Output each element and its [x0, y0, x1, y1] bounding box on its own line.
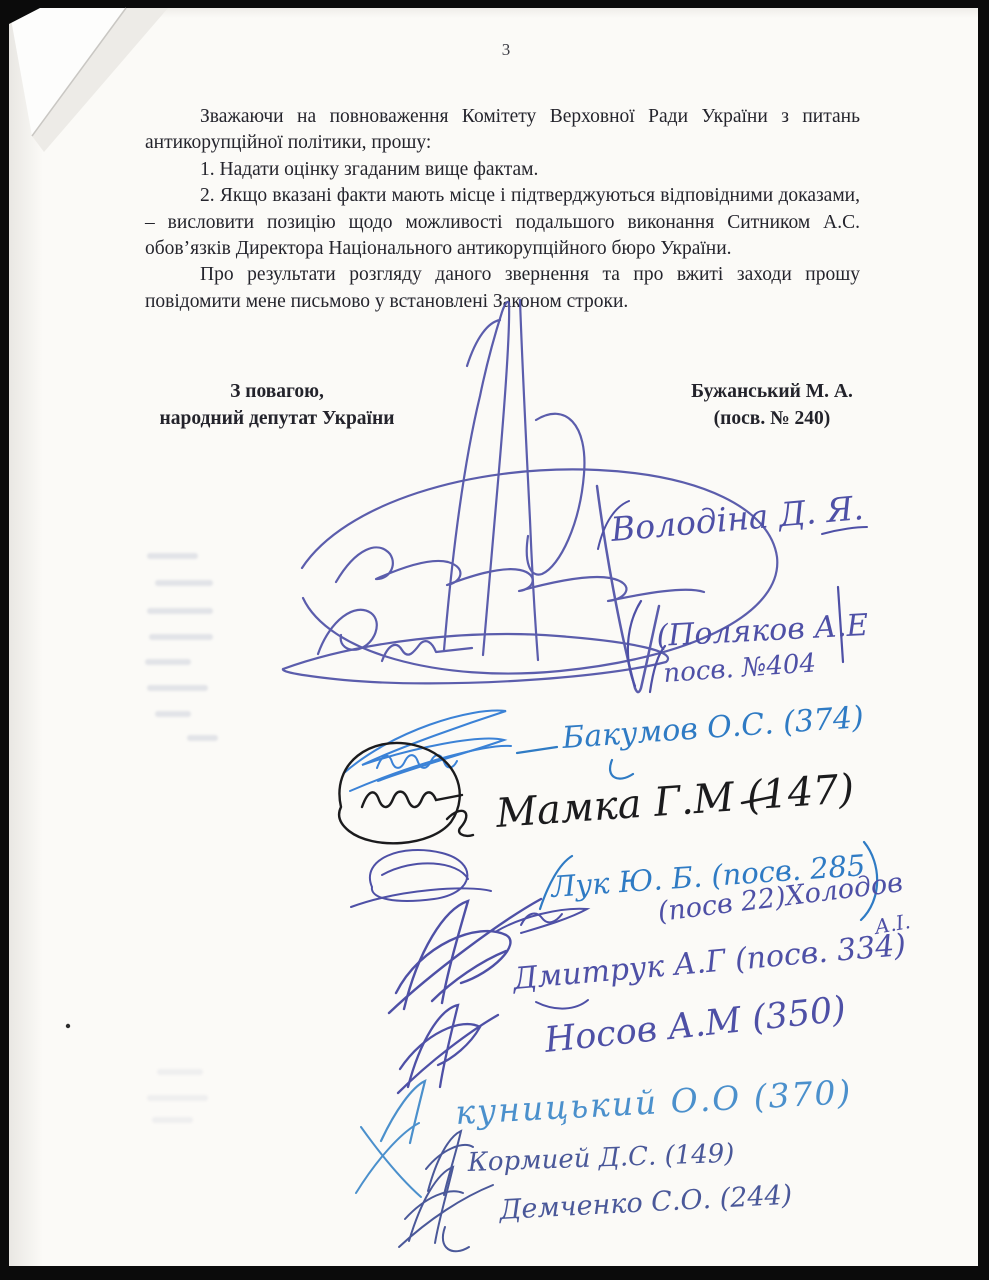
- ink-dot: [66, 1024, 70, 1028]
- signature-volodina: Володіна Д. Я.: [598, 488, 867, 549]
- ink-stroke: [370, 850, 467, 901]
- ink-stroke: [520, 300, 538, 660]
- ink-stroke: [521, 914, 562, 925]
- signature-bakumov: Бакумов О.С. (374): [517, 700, 865, 779]
- bleedthrough-marks: [148, 556, 215, 1120]
- signature-mamka: Мамка Г.М (147): [493, 766, 855, 837]
- signature-ink-overlay: Володіна Д. Я. (Поляков А.Е посв. №404 Б…: [0, 0, 989, 1280]
- ink-stroke: [400, 1024, 480, 1069]
- signature-label-kunytskyi: куницький О.О (370): [454, 1072, 853, 1132]
- signature-label-bakumov: Бакумов О.С. (374): [560, 700, 865, 756]
- ink-stroke: [362, 792, 462, 807]
- ink-stroke: [517, 747, 557, 753]
- ink-stroke: [536, 1000, 588, 1009]
- ink-stroke: [339, 743, 460, 843]
- signature-label-demchenko: Демченко С.О. (244): [498, 1180, 793, 1226]
- corner-fold: [9, 8, 168, 152]
- ink-stroke: [467, 320, 500, 366]
- signature-demchenko: Демченко С.О. (244): [399, 1167, 793, 1251]
- signature-label-mamka: Мамка Г.М (147): [493, 766, 855, 837]
- signature-kunytskyi: куницький О.О (370): [381, 1072, 853, 1143]
- ink-stroke: [350, 746, 511, 791]
- signature-label-kormiei: Кормией Д.С. (149): [466, 1139, 735, 1178]
- signature-polyakov: (Поляков А.Е посв. №404: [628, 587, 869, 692]
- ink-stroke: [497, 909, 587, 933]
- signature-label-polyakov: (Поляков А.Е: [656, 608, 870, 654]
- ink-stroke: [527, 414, 585, 575]
- scanner-border: 3 Зважаючи на повноваження Комітету Верх…: [0, 0, 989, 1280]
- scan-frame: { "page": { "number": "3" }, "letter": {…: [0, 0, 989, 1280]
- ink-stroke: [382, 641, 472, 661]
- ink-stroke: [426, 1145, 473, 1169]
- signature-dmytruk: Дмитрук А.Г (посв. 334): [510, 928, 908, 1009]
- ink-stroke: [344, 711, 506, 781]
- signature-label-volodina: Володіна Д. Я.: [608, 488, 865, 549]
- signature-label-dmytruk: Дмитрук А.Г (посв. 334): [510, 928, 908, 997]
- ink-stroke: [610, 760, 633, 779]
- scribble-blue-oval: [351, 850, 491, 907]
- ink-stroke: [443, 1227, 469, 1251]
- ink-stroke: [382, 863, 468, 879]
- ink-stroke: [336, 547, 704, 601]
- signature-label-polyakov-credential: посв. №404: [662, 648, 817, 689]
